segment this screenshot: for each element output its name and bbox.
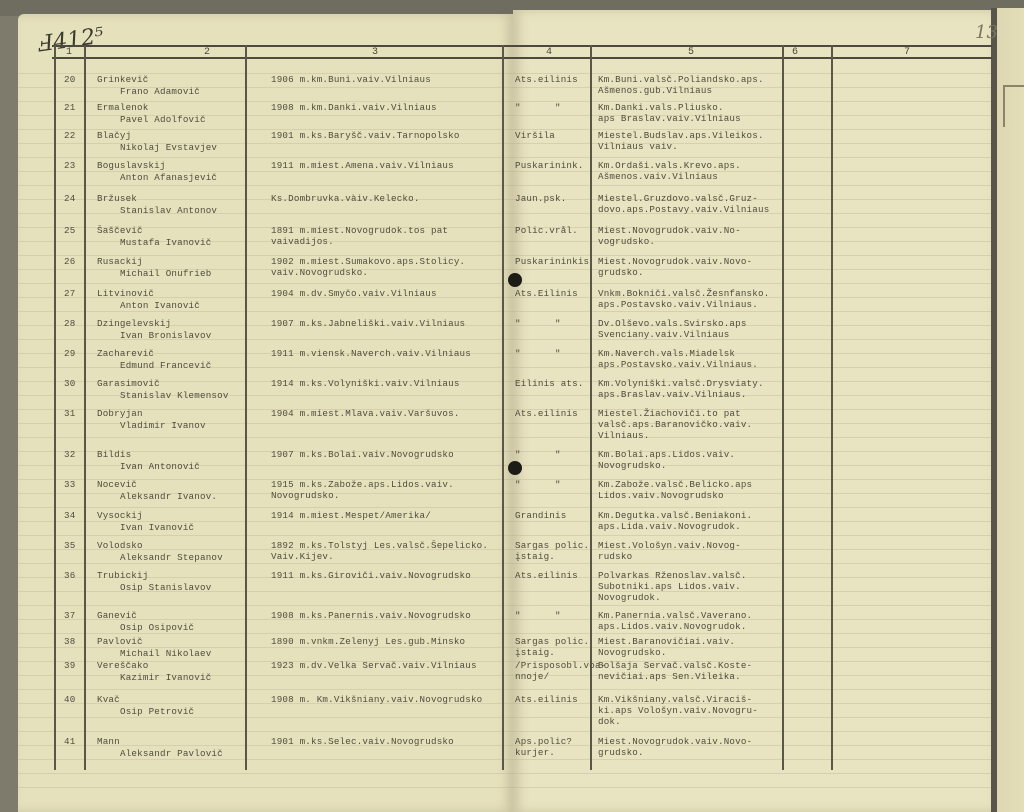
birth-info: 1908 m.ks.Panernis.vaiv.Novogrudsko [271,610,471,622]
surname: Kvač [97,694,120,706]
address-cont: dovo.aps.Postavy.vaiv.Vilniaus [598,204,769,216]
given-name: Osip Osipovič [120,622,194,634]
row-number: 36 [64,570,75,582]
occupation: Ats.eilinis [515,570,578,582]
surname: Pavlovič [97,636,143,648]
occupation-cont: įstaig. [515,647,555,659]
next-page-edge [991,8,1024,812]
given-name: Nikolaj Evstavjev [120,142,217,154]
row-number: 20 [64,74,75,86]
occupation: Viršila [515,130,555,142]
row-number: 23 [64,160,75,172]
row-number: 25 [64,225,75,237]
birth-info: Ks.Dombruvka.vàiv.Kelecko. [271,193,420,205]
given-name: Ivan Antonovič [120,461,200,473]
birth-info-cont: Novogrudsko. [271,490,340,502]
column-header-6: 6 [792,47,798,58]
address-cont2: dok. [598,716,621,728]
occupation: Eilinis ats. [515,378,584,390]
surname: Volodsko [97,540,143,552]
surname: Trubickij [97,570,148,582]
given-name: Michail Nikolaev [120,648,211,660]
birth-info: 1907 m.ks.Jabneliški.vaiv.Vilniaus [271,318,465,330]
occupation: Puskarinink. [515,160,584,172]
surname: Dzingelevskij [97,318,171,330]
row-number: 22 [64,130,75,142]
next-page-ruling [1003,85,1024,127]
address-cont: aps.Lidos.vaiv.Novogrudok. [598,621,747,633]
address-cont: aps.Postavsko.vaiv.Vilniaus. [598,359,758,371]
birth-info: 1908 m. Km.Vikšniany.vaiv.Novogrudsko [271,694,482,706]
occupation: Ats.eilinis [515,408,578,420]
birth-info: 1911 m.miest.Amena.vaiv.Vilniaus [271,160,454,172]
occupation: " " [515,610,561,622]
surname: Litvinovič [97,288,154,300]
row-number: 40 [64,694,75,706]
row-number: 21 [64,102,75,114]
birth-info: 1890 m.vnkm.Zelenyj Les.gub.Minsko [271,636,465,648]
column-header-2: 2 [204,47,210,58]
given-name: Kazimir Ivanovič [120,672,211,684]
address-cont: Ašmenos.vaiv.Vilniaus [598,171,718,183]
address-cont: Novogrudsko. [598,647,667,659]
address-cont: aps.Postavsko.vaiv.Vilniaus. [598,299,758,311]
address-cont: grudsko. [598,747,644,759]
occupation: Polic.vrål. [515,225,578,237]
given-name: Anton Ivanovič [120,300,200,312]
surname: Šaščevič [97,225,143,237]
given-name: Mustafa Ivanovič [120,237,211,249]
address-cont: grudsko. [598,267,644,279]
column-header-1: 1 [66,47,72,58]
row-number: 32 [64,449,75,461]
surname: Vereščako [97,660,148,672]
column-header-5: 5 [688,47,694,58]
birth-info-cont: Vaiv.Kijev. [271,551,334,563]
row-number: 35 [64,540,75,552]
row-number: 30 [64,378,75,390]
row-number: 37 [64,610,75,622]
row-number: 38 [64,636,75,648]
row-number: 24 [64,193,75,205]
birth-info: 1901 m.ks.Baryšč.vaiv.Tarnopolsko [271,130,460,142]
occupation-cont: nnoje/ [515,671,549,683]
row-number: 28 [64,318,75,330]
surname: Bržusek [97,193,137,205]
occupation: " " [515,449,561,461]
address-cont: aps Braslav.vaiv.Vilniaus [598,113,741,125]
column-divider [782,45,784,770]
surname: Garasimovič [97,378,160,390]
surname: Mann [97,736,120,748]
given-name: Frano Adamovič [120,86,200,98]
header-bottom-rule [52,57,992,59]
surname: Vysockij [97,510,143,522]
occupation-cont: įstaig. [515,551,555,563]
birth-info: 1901 m.ks.Selec.vaiv.Novogrudsko [271,736,454,748]
occupation: Jaun.psk. [515,193,566,205]
given-name: Aleksandr Ivanov. [120,491,217,503]
surname: Blačyj [97,130,131,142]
birth-info: 1911 m.ks.Giroviči.vaiv.Novogrudsko [271,570,471,582]
surname: Bildis [97,449,131,461]
surname: Zacharevič [97,348,154,360]
given-name: Aleksandr Stepanov [120,552,223,564]
birth-info: 1911 m.viensk.Naverch.vaiv.Vilniaus [271,348,471,360]
row-number: 33 [64,479,75,491]
page-number: 13 [975,22,998,43]
address-cont: rudsko [598,551,632,563]
birth-info: 1904 m.dv.Smyčo.vaiv.Vilniaus [271,288,437,300]
birth-info-cont: vaiv.Novogrudsko. [271,267,368,279]
birth-info: 1914 m.ks.Volyniški.vaiv.Vilniaus [271,378,460,390]
occupation: " " [515,102,561,114]
given-name: Ivan Bronislavov [120,330,211,342]
column-divider [831,45,833,770]
address-cont2: Novogrudok. [598,592,661,604]
address-cont: nevičiai.aps Sen.Vileika. [598,671,741,683]
row-number: 31 [64,408,75,420]
given-name: Stanislav Klemensov [120,390,229,402]
row-number: 26 [64,256,75,268]
surname: Grinkevič [97,74,148,86]
row-number: 41 [64,736,75,748]
address-cont2: Vilniaus. [598,430,649,442]
occupation: Grandinis [515,510,566,522]
address-cont: Novogrudsko. [598,460,667,472]
occupation: Ats.Eilinis [515,288,578,300]
address-cont: aps.Braslav.vaiv.Vilniaus. [598,389,747,401]
column-header-3: 3 [372,47,378,58]
address-cont: Svenciany.vaiv.Vilniaus [598,329,729,341]
row-number: 29 [64,348,75,360]
given-name: Pavel Adolfovič [120,114,206,126]
given-name: Anton Afanasjevič [120,172,217,184]
address-cont: ki.aps Vološyn.vaiv.Novogru- [598,705,758,717]
surname: Dobryjan [97,408,143,420]
row-number: 34 [64,510,75,522]
header-top-rule [52,45,992,47]
birth-info: 1904 m.miest.Mlava.vaiv.Varšuvos. [271,408,460,420]
address-cont: Ašmenos.gub.Vilniaus [598,85,712,97]
given-name: Ivan Ivanovič [120,522,194,534]
occupation: Puskarininkis [515,256,589,268]
given-name: Michail Onufrieb [120,268,211,280]
row-number: 39 [64,660,75,672]
occupation-cont: kurjer. [515,747,555,759]
given-name: Osip Petrovič [120,706,194,718]
given-name: Stanislav Antonov [120,205,217,217]
birth-info: 1923 m.dv.Velka Servač.vaiv.Vilniaus [271,660,477,672]
birth-info-cont: vaivadijos. [271,236,334,248]
column-header-4: 4 [546,47,552,58]
surname: Nocevič [97,479,137,491]
occupation: Ats.eilinis [515,74,578,86]
birth-info: 1906 m.km.Buni.vaiv.Vilniaus [271,74,431,86]
surname: Rusackij [97,256,143,268]
binder-hole [508,461,522,475]
birth-info: 1914 m.miest.Mespet/Amerika/ [271,510,431,522]
column-divider [245,45,247,770]
address-cont: vogrudsko. [598,236,655,248]
occupation: " " [515,318,561,330]
surname: Boguslavskij [97,160,166,172]
column-divider [54,45,56,770]
given-name: Aleksandr Pavlovič [120,748,223,760]
column-header-7: 7 [904,47,910,58]
binder-hole [508,273,522,287]
address-cont: Lidos.vaiv.Novogrudsko [598,490,724,502]
column-divider [502,45,504,770]
address-cont: aps.Lida.vaiv.Novogrudok. [598,521,741,533]
birth-info: 1908 m.km.Danki.vaiv.Vilniaus [271,102,437,114]
occupation: " " [515,348,561,360]
column-divider [84,45,86,770]
row-number: 27 [64,288,75,300]
birth-info: 1907 m.ks.Bolai.vaiv.Novogrudsko [271,449,454,461]
surname: Ermalenok [97,102,148,114]
given-name: Edmund Francevič [120,360,211,372]
given-name: Vladimir Ivanov [120,420,206,432]
occupation: Ats.eilinis [515,694,578,706]
given-name: Osip Stanislavov [120,582,211,594]
surname: Ganevič [97,610,137,622]
occupation: " " [515,479,561,491]
address-cont: Vilniaus vaiv. [598,141,678,153]
